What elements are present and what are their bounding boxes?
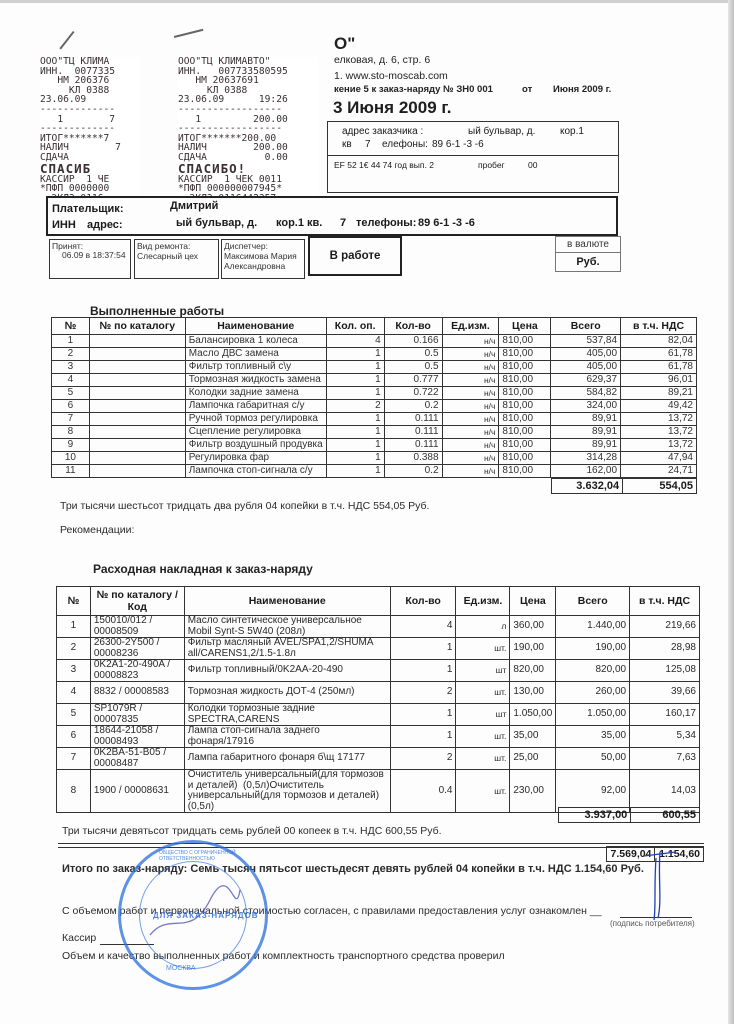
table-row: 8Сцепление регулировка10.111н/ч810,0089,… [52, 426, 697, 439]
table-cell: Тормозная жидкость замена [185, 374, 326, 387]
table-cell: 1 [326, 374, 384, 387]
table-cell: 324,00 [551, 400, 621, 413]
table-cell: 1 [52, 335, 90, 348]
customer-signature [636, 846, 686, 926]
appendix-line: кение 5 к заказ-наряду № ЗН0 001 [334, 84, 493, 95]
table-cell: 50,00 [556, 748, 630, 770]
table-cell: 9 [52, 439, 90, 452]
table-cell: 810,00 [499, 361, 551, 374]
table-cell: 190,00 [556, 638, 630, 660]
works-title: Выполненные работы [90, 304, 224, 318]
works-table: №№ по каталогуНаименованиеКол. оп.Кол-во… [51, 317, 697, 478]
repair-type-box: Вид ремонта: Слесарный цех [134, 239, 219, 279]
table-cell [89, 452, 185, 465]
payer-building: кор.1 кв. [276, 217, 322, 229]
customer-building: кор.1 [560, 126, 584, 137]
table-cell: 0.2 [384, 465, 442, 478]
table-cell: н/ч [442, 400, 499, 413]
table-row: 1150010/012 / 00008509Масло синтетическо… [57, 616, 700, 638]
dispatcher-box: Диспетчер: Максимова Мария Александровна [221, 239, 305, 279]
table-cell: 2 [326, 400, 384, 413]
currency-value: Руб. [556, 253, 620, 271]
table-cell [89, 374, 185, 387]
table-cell: 3 [52, 361, 90, 374]
table-cell: 47,94 [621, 452, 697, 465]
works-column-header: Всего [551, 318, 621, 335]
table-cell: шт [456, 660, 510, 682]
table-cell: 1 [326, 439, 384, 452]
currency-label: в валюте [556, 237, 620, 253]
stamp-ring-top-text: ОБЩЕСТВО С ОГРАНИЧЕННОЙ ОТВЕТСТВЕННОСТЬЮ [159, 850, 265, 862]
recommendations-label: Рекомендации: [60, 524, 134, 536]
table-cell: 820,00 [556, 660, 630, 682]
vehicle-box: EF 52 1€ 44 74 год вып. 2 пробег 00 [327, 155, 619, 193]
table-cell: 810,00 [499, 335, 551, 348]
table-cell: 1.440,00 [556, 616, 630, 638]
table-cell: 150010/012 / 00008509 [90, 616, 184, 638]
table-cell: 405,00 [551, 361, 621, 374]
currency-box: в валюте Руб. [555, 236, 621, 272]
cashier-signature [140, 880, 250, 950]
org-address: елковая, д. 6, стр. 6 [334, 54, 430, 66]
customer-apt-label: кв [342, 139, 352, 150]
table-row: 48832 / 00008583Тормозная жидкость ДОТ-4… [57, 682, 700, 704]
table-cell: 13,72 [621, 439, 697, 452]
table-cell: 1 [326, 361, 384, 374]
table-row: 70K2BA-51-B05 / 00008487Лампа габаритног… [57, 748, 700, 770]
payer-phones: 89 6-1 -3 -6 [418, 217, 475, 229]
mileage-label: пробег [478, 160, 505, 170]
works-column-header: Цена [499, 318, 551, 335]
table-cell: 89,91 [551, 413, 621, 426]
table-cell: 1 [390, 638, 456, 660]
table-cell: 0.166 [384, 335, 442, 348]
appendix-from-label: от [522, 84, 532, 95]
table-row: 3Фильтр топливный с\у10.5н/ч810,00405,00… [52, 361, 697, 374]
customer-address-box: адрес заказчика : ый бульвар, д. кор.1 к… [327, 121, 619, 156]
table-cell: Колодки тормозные задние SPECTRA,CARENS [184, 704, 390, 726]
table-cell: 810,00 [499, 374, 551, 387]
table-cell: шт. [456, 770, 510, 813]
payer-label: Плательщик: [52, 203, 123, 215]
table-cell [89, 465, 185, 478]
table-cell: 1 [390, 660, 456, 682]
table-cell: 1 [326, 426, 384, 439]
status-text: В работе [330, 250, 381, 262]
table-cell: н/ч [442, 361, 499, 374]
table-cell: 89,21 [621, 387, 697, 400]
table-cell: 2 [57, 638, 91, 660]
table-cell: 96,01 [621, 374, 697, 387]
repair-type-value: Слесарный цех [137, 251, 198, 261]
table-cell: 1.050,00 [510, 704, 556, 726]
parts-column-header: Всего [556, 587, 630, 616]
table-cell: Сцепление регулировка [185, 426, 326, 439]
table-cell: 5,34 [630, 726, 700, 748]
table-cell: SP1079R / 00007835 [90, 704, 184, 726]
works-column-header: Наименование [185, 318, 326, 335]
table-cell: Лампочка габаритная с/у [185, 400, 326, 413]
parts-column-header: Кол-во [390, 587, 456, 616]
table-cell: 0.722 [384, 387, 442, 400]
table-cell: н/ч [442, 413, 499, 426]
table-cell: 2 [390, 682, 456, 704]
mileage-value: 00 [528, 160, 537, 170]
table-row: 4Тормозная жидкость замена10.777н/ч810,0… [52, 374, 697, 387]
works-total-in-words: Три тысячи шестьсот тридцать два рубля 0… [60, 500, 429, 512]
table-cell: Тормозная жидкость ДОТ-4 (250мл) [184, 682, 390, 704]
table-cell: Очиститель универсальный(для тормозов и … [184, 770, 390, 813]
table-cell: 5 [52, 387, 90, 400]
dispatcher-name-1: Максимова Мария [224, 251, 297, 261]
table-cell: 28,98 [630, 638, 700, 660]
table-cell: 810,00 [499, 426, 551, 439]
table-cell: н/ч [442, 335, 499, 348]
table-cell: 1 [57, 616, 91, 638]
parts-total: 3.937,00 600,55 [558, 807, 700, 823]
table-cell: Фильтр топливный с\у [185, 361, 326, 374]
table-cell: 1 [326, 413, 384, 426]
table-cell: 18644-21058 / 00008493 [90, 726, 184, 748]
table-cell: 61,78 [621, 348, 697, 361]
table-cell: 0.388 [384, 452, 442, 465]
table-cell: 1 [326, 465, 384, 478]
table-cell: 190,00 [510, 638, 556, 660]
table-cell: 810,00 [499, 439, 551, 452]
payer-address-label: адрес: [87, 219, 123, 231]
table-cell: 10 [52, 452, 90, 465]
table-cell: 1 [390, 704, 456, 726]
works-total-sum: 3.632,04 [552, 479, 623, 494]
table-cell: Фильтр топливный/0K2AA-20-490 [184, 660, 390, 682]
table-cell: 405,00 [551, 348, 621, 361]
table-cell: 0K2BA-51-B05 / 00008487 [90, 748, 184, 770]
table-cell: 3 [57, 660, 91, 682]
cash-receipt-2: ООО"ТЦ КЛИМАВТО"ИНН. 007733580595 НМ 206… [178, 57, 318, 197]
table-row: 226300-2Y500 / 00008236Фильтр масляный A… [57, 638, 700, 660]
table-cell: 219,66 [630, 616, 700, 638]
payer-inn-label: ИНН [52, 219, 76, 231]
customer-address-value: ый бульвар, д. [468, 126, 535, 137]
scan-right-edge [728, 0, 734, 1024]
table-cell: 810,00 [499, 413, 551, 426]
table-cell: 6 [57, 726, 91, 748]
table-cell: 537,84 [551, 335, 621, 348]
table-cell: 35,00 [556, 726, 630, 748]
table-cell: 0.111 [384, 413, 442, 426]
parts-column-header: Ед.изм. [456, 587, 510, 616]
table-row: 5Колодки задние замена10.722н/ч810,00584… [52, 387, 697, 400]
works-total-vat: 554,05 [623, 479, 697, 494]
pen-mark [59, 31, 74, 49]
works-total: 3.632,04 554,05 [551, 478, 697, 494]
table-cell: 1 [326, 452, 384, 465]
customer-address-label: адрес заказчика : [342, 126, 423, 137]
repair-type-label: Вид ремонта: [137, 241, 190, 251]
table-cell: Фильтр воздушный продувка [185, 439, 326, 452]
table-cell: 360,00 [510, 616, 556, 638]
table-cell: н/ч [442, 452, 499, 465]
vehicle-info: EF 52 1€ 44 74 год вып. 2 [334, 160, 434, 170]
table-cell: шт [456, 704, 510, 726]
stamp-ring-bottom-text: МОСКВА [166, 965, 196, 972]
table-cell: н/ч [442, 348, 499, 361]
table-cell [89, 426, 185, 439]
table-cell: 2 [52, 348, 90, 361]
table-cell: 7 [52, 413, 90, 426]
table-cell: 810,00 [499, 348, 551, 361]
table-cell: 7 [57, 748, 91, 770]
table-cell: 160,17 [630, 704, 700, 726]
receipt-line: СПАСИБ [40, 163, 140, 175]
customer-phones-label: елефоны: [382, 139, 428, 150]
table-cell: 810,00 [499, 400, 551, 413]
table-row: 11Лампочка стоп-сигнала с/у10.2н/ч810,00… [52, 465, 697, 478]
table-cell: 82,04 [621, 335, 697, 348]
table-cell: 0.2 [384, 400, 442, 413]
works-column-header: Кол-во [384, 318, 442, 335]
table-cell: 8 [57, 770, 91, 813]
payer-apt: 7 [340, 217, 346, 229]
table-cell: 0K2A1-20-490A / 00008823 [90, 660, 184, 682]
parts-table: №№ по каталогу / КодНаименованиеКол-воЕд… [56, 586, 700, 813]
receipt-line: СПАСИБО! [178, 163, 318, 175]
table-cell: 5 [57, 704, 91, 726]
pen-mark [174, 29, 203, 38]
table-cell: 584,82 [551, 387, 621, 400]
table-cell [89, 348, 185, 361]
table-cell [89, 400, 185, 413]
table-cell: 89,91 [551, 426, 621, 439]
table-cell: шт. [456, 726, 510, 748]
payer-name: Дмитрий [170, 200, 218, 212]
table-cell: 125,08 [630, 660, 700, 682]
cashier-label: Кассир [62, 932, 96, 944]
table-cell: 629,37 [551, 374, 621, 387]
table-cell: 810,00 [499, 387, 551, 400]
customer-phones: 89 6-1 -3 -6 [432, 139, 484, 150]
parts-column-header: № [57, 587, 91, 616]
table-cell: 0.111 [384, 426, 442, 439]
table-cell: Лампочка стоп-сигнала с/у [185, 465, 326, 478]
table-row: 7Ручной тормоз регулировка10.111н/ч810,0… [52, 413, 697, 426]
table-cell: 1 [326, 348, 384, 361]
table-cell: Масло синтетическое универсальное Mobil … [184, 616, 390, 638]
table-cell: л [456, 616, 510, 638]
appendix-date: Июня 2009 г. [553, 84, 611, 95]
parts-total-vat: 600,55 [631, 808, 700, 823]
table-cell: Балансировка 1 колеса [185, 335, 326, 348]
table-cell: 39,66 [630, 682, 700, 704]
payer-address-value: ый бульвар, д. [176, 217, 257, 229]
table-cell: 8 [52, 426, 90, 439]
dispatcher-name-2: Александровна [224, 261, 285, 271]
table-cell: 0.111 [384, 439, 442, 452]
org-website[interactable]: 1. www.sto-moscab.com [334, 70, 448, 82]
table-cell: 89,91 [551, 439, 621, 452]
payer-phones-label: телефоны: [356, 217, 416, 229]
table-row: 1Балансировка 1 колеса40.166н/ч810,00537… [52, 335, 697, 348]
payer-box: Плательщик: Дмитрий ИНН адрес: ый бульва… [46, 196, 618, 236]
table-cell: 820,00 [510, 660, 556, 682]
table-cell: 130,00 [510, 682, 556, 704]
table-cell: Лампа стоп-сигнала заднего фонаря/17916 [184, 726, 390, 748]
works-column-header: № по каталогу [89, 318, 185, 335]
cash-receipt-1: ООО"ТЦ КЛИМАИНН. 0077335 НМ 206376 КЛ 03… [40, 57, 140, 197]
table-cell: 25,00 [510, 748, 556, 770]
table-cell: 35,00 [510, 726, 556, 748]
table-cell: н/ч [442, 465, 499, 478]
table-cell: н/ч [442, 426, 499, 439]
table-cell: 49,42 [621, 400, 697, 413]
parts-total-sum: 3.937,00 [559, 808, 631, 823]
table-row: 618644-21058 / 00008493Лампа стоп-сигнал… [57, 726, 700, 748]
parts-column-header: Наименование [184, 587, 390, 616]
table-cell [89, 439, 185, 452]
table-cell: 0.4 [390, 770, 456, 813]
table-cell: 1 [326, 387, 384, 400]
parts-column-header: № по каталогу / Код [90, 587, 184, 616]
table-cell: 314,28 [551, 452, 621, 465]
table-cell: 4 [52, 374, 90, 387]
table-cell: 13,72 [621, 426, 697, 439]
table-cell: 1 [390, 726, 456, 748]
status-badge: В работе [308, 236, 402, 276]
table-cell: 24,71 [621, 465, 697, 478]
table-cell: Фильтр масляный AVEL/SPA1,2/SHUMA all/CA… [184, 638, 390, 660]
table-cell: 810,00 [499, 452, 551, 465]
table-cell [89, 413, 185, 426]
table-cell: 162,00 [551, 465, 621, 478]
works-column-header: Ед.изм. [442, 318, 499, 335]
table-cell [89, 335, 185, 348]
table-cell: 0.777 [384, 374, 442, 387]
table-cell: 230,00 [510, 770, 556, 813]
table-cell: 2 [390, 748, 456, 770]
table-cell: 61,78 [621, 361, 697, 374]
scan-top-edge [0, 0, 734, 3]
table-cell: 8832 / 00008583 [90, 682, 184, 704]
dispatcher-label: Диспетчер: [224, 241, 268, 251]
parts-column-header: в т.ч. НДС [630, 587, 700, 616]
org-name: О" [334, 34, 355, 54]
parts-title: Расходная накладная к заказ-наряду [93, 562, 313, 576]
parts-total-in-words: Три тысячи девятьсот тридцать семь рубле… [62, 825, 442, 837]
table-cell: 13,72 [621, 413, 697, 426]
table-cell: Колодки задние замена [185, 387, 326, 400]
table-row: 2Масло ДВС замена10.5н/ч810,00405,0061,7… [52, 348, 697, 361]
table-cell: 26300-2Y500 / 00008236 [90, 638, 184, 660]
table-cell [89, 361, 185, 374]
table-cell: 0.5 [384, 348, 442, 361]
table-cell: 1.050,00 [556, 704, 630, 726]
table-cell: 4 [326, 335, 384, 348]
table-cell: Регулировка фар [185, 452, 326, 465]
table-cell: шт. [456, 638, 510, 660]
table-cell: Масло ДВС замена [185, 348, 326, 361]
table-cell: 1900 / 00008631 [90, 770, 184, 813]
table-cell: шт. [456, 682, 510, 704]
table-cell: 4 [390, 616, 456, 638]
table-cell: 0.5 [384, 361, 442, 374]
works-column-header: № [52, 318, 90, 335]
table-row: 6Лампочка габаритная с/у20.2н/ч810,00324… [52, 400, 697, 413]
table-cell [89, 387, 185, 400]
document-date: 3 Июня 2009 г. [333, 98, 451, 118]
table-row: 30K2A1-20-490A / 00008823Фильтр топливны… [57, 660, 700, 682]
table-cell: 11 [52, 465, 90, 478]
table-cell: н/ч [442, 439, 499, 452]
table-cell: н/ч [442, 374, 499, 387]
table-row: 5SP1079R / 00007835Колодки тормозные зад… [57, 704, 700, 726]
table-cell: шт. [456, 748, 510, 770]
table-row: 9Фильтр воздушный продувка10.111н/ч810,0… [52, 439, 697, 452]
table-cell: н/ч [442, 387, 499, 400]
table-cell: 7,63 [630, 748, 700, 770]
table-cell: 4 [57, 682, 91, 704]
table-cell: Лампа габаритного фонаря б\щ 17177 [184, 748, 390, 770]
works-column-header: Кол. оп. [326, 318, 384, 335]
table-cell: 810,00 [499, 465, 551, 478]
table-cell: 6 [52, 400, 90, 413]
table-cell: Ручной тормоз регулировка [185, 413, 326, 426]
table-cell: 260,00 [556, 682, 630, 704]
parts-column-header: Цена [510, 587, 556, 616]
customer-apt: 7 [365, 139, 371, 150]
accepted-box: Принят: 06.09 в 18:37:54 [49, 239, 131, 279]
works-column-header: в т.ч. НДС [621, 318, 697, 335]
table-row: 10Регулировка фар10.388н/ч810,00314,2847… [52, 452, 697, 465]
accepted-value: 06.09 в 18:37:54 [62, 250, 126, 260]
